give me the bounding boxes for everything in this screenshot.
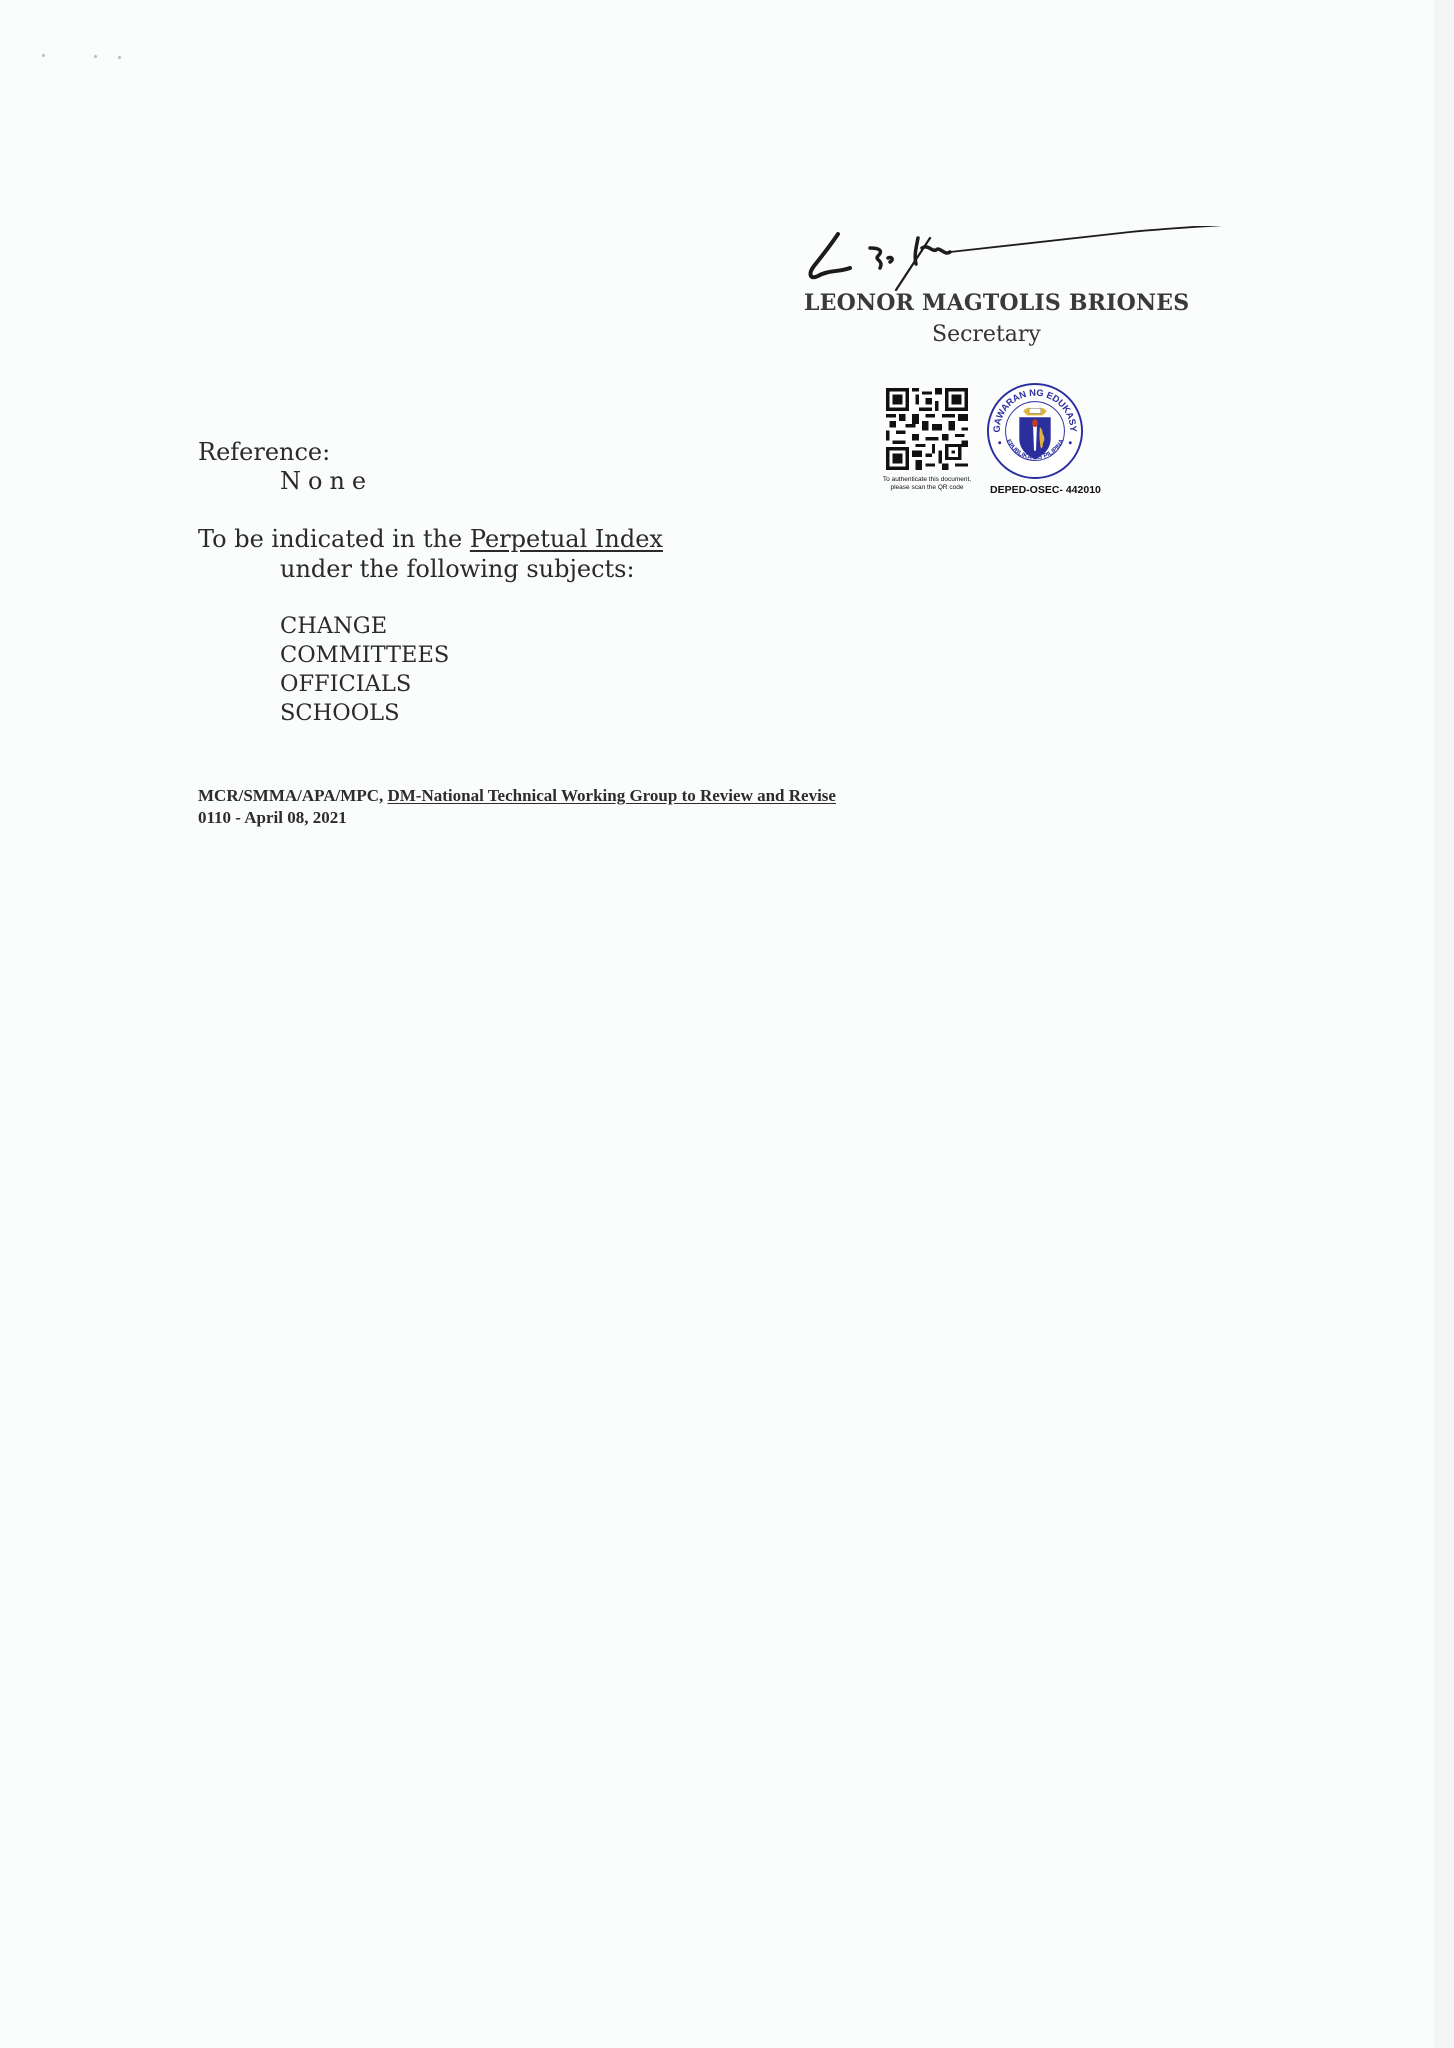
page-edge (1434, 0, 1454, 2048)
scan-specks (40, 52, 130, 62)
subject-item: COMMITTEES (280, 641, 449, 670)
memo-footer-line1: MCR/SMMA/APA/MPC, DM-National Technical … (198, 786, 836, 806)
document-code: DEPED-OSEC- 442010 (990, 484, 1101, 496)
subject-item: OFFICIALS (280, 670, 449, 699)
subject-item: CHANGE (280, 612, 449, 641)
qr-caption-line1: To authenticate this document, (870, 476, 984, 484)
qr-code-icon[interactable] (886, 388, 968, 470)
memo-title: DM-National Technical Working Group to R… (387, 786, 835, 805)
subject-item: SCHOOLS (280, 699, 449, 728)
reference-value: None (280, 467, 373, 495)
perpetual-index-prefix: To be indicated in the (198, 525, 470, 553)
qr-caption-line2: please scan the QR code (870, 484, 984, 492)
reference-label: Reference: (198, 438, 330, 466)
subject-list: CHANGE COMMITTEES OFFICIALS SCHOOLS (280, 612, 449, 728)
perpetual-index-line: To be indicated in the Perpetual Index (198, 525, 663, 553)
memo-footer-line2: 0110 - April 08, 2021 (198, 808, 347, 828)
perpetual-index-subtitle: under the following subjects: (280, 555, 635, 583)
signatory-name: LEONOR MAGTOLIS BRIONES (804, 290, 1189, 316)
deped-seal-icon: KAGAWARAN NG EDUKASYON REPUBLIKA NG PILI… (986, 382, 1084, 480)
handwritten-signature (800, 226, 1250, 296)
signatory-title: Secretary (932, 322, 1041, 347)
memo-initials: MCR/SMMA/APA/MPC, (198, 786, 387, 805)
perpetual-index-link: Perpetual Index (470, 525, 663, 553)
qr-caption: To authenticate this document, please sc… (870, 476, 984, 492)
